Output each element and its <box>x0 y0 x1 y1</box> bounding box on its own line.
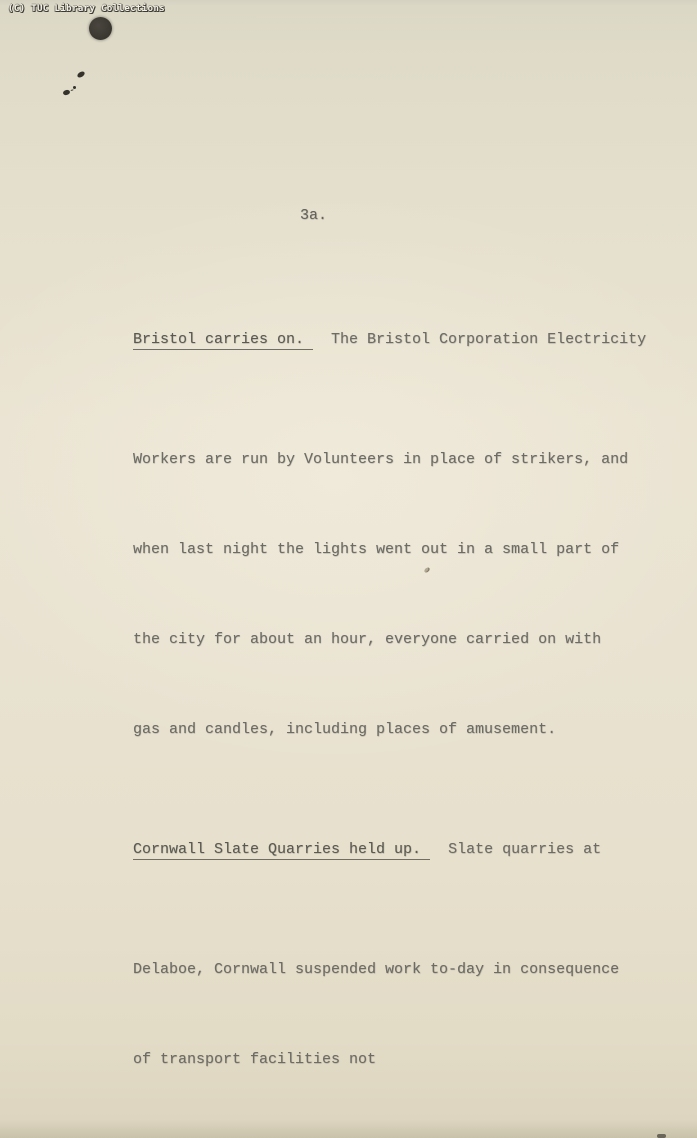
text-line: Delaboe, Cornwall suspended work to-day … <box>133 955 646 985</box>
typewritten-text-block: 3a. Bristol carries on. The Bristol Corp… <box>133 141 646 1135</box>
hole-punch-mark <box>89 17 112 40</box>
heading-cornwall-slate-quarries: Cornwall Slate Quarries held up. <box>133 841 430 860</box>
text-segment: The Bristol Corporation Electricity <box>313 331 646 348</box>
ink-speck <box>76 70 85 78</box>
heading-bristol-carries-on: Bristol carries on. <box>133 331 313 350</box>
scanned-document-page: (C) TUC Library Collections 3a. Bristol … <box>0 0 697 1138</box>
ink-speck <box>73 86 76 89</box>
text-line: when last night the lights went out in a… <box>133 535 646 565</box>
ink-speck <box>62 89 70 96</box>
copyright-watermark: (C) TUC Library Collections <box>8 4 165 14</box>
page-edge-mark <box>657 1134 666 1138</box>
text-line: Workers are run by Volunteers in place o… <box>133 445 646 475</box>
text-line: the city for about an hour, everyone car… <box>133 625 646 655</box>
text-line: Cornwall Slate Quarries held up. Slate q… <box>133 835 646 865</box>
text-line: of transport facilities not <box>133 1045 646 1075</box>
page-number: 3a. <box>133 201 646 231</box>
text-line: Bristol carries on. The Bristol Corporat… <box>133 325 646 355</box>
text-line: gas and candles, including places of amu… <box>133 715 646 745</box>
text-segment: Slate quarries at <box>430 841 601 858</box>
